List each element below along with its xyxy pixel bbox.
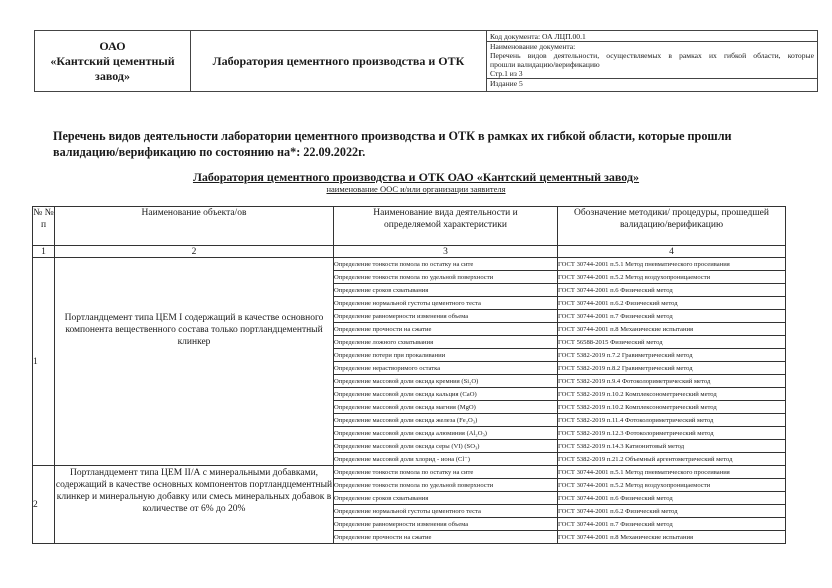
activity-name: Определение нормальной густоты цементног… [334, 505, 558, 518]
activity-name: Определение тонкости помола по удельной … [334, 271, 558, 284]
page-number: Стр.1 из 3 [487, 69, 817, 79]
method-designation: ГОСТ 5382-2019 п.14.3 Катионитовый метод [558, 440, 786, 453]
organization-name: ОАО «Кантский цементный завод» [35, 31, 191, 91]
activity-name: Определение равномерности изменения объе… [334, 518, 558, 531]
method-designation: ГОСТ 30744-2001 п.5.1 Метод пневматическ… [558, 258, 786, 271]
header-activity: Наименование вида деятельности и определ… [334, 207, 558, 246]
document-name-line-1: Перечень видов деятельности, осуществляе… [487, 51, 817, 60]
laboratory-title: Лаборатория цементного производства и ОТ… [0, 170, 832, 185]
activity-name: Определение ложного схватывания [334, 336, 558, 349]
method-designation: ГОСТ 30744-2001 п.5.1 Метод пневматическ… [558, 466, 786, 479]
title-line-2: валидацию/верификацию по состоянию на*: … [53, 144, 753, 160]
object-name: Портландцемент типа ЦЕМ II/А с минеральн… [55, 466, 334, 544]
org-line-3: завод» [95, 69, 130, 84]
activity-name: Определение массовой доли оксида серы (V… [334, 440, 558, 453]
table-header-row: № № п Наименование объекта/ов Наименован… [33, 207, 786, 246]
method-designation: ГОСТ 30744-2001 п.8 Механические испытан… [558, 323, 786, 336]
activity-name: Определение прочности на сжатие [334, 323, 558, 336]
method-designation: ГОСТ 5382-2019 п.12.3 Фотоколориметричес… [558, 427, 786, 440]
activity-name: Определение массовой доли хлорид - иона … [334, 453, 558, 466]
object-number: 1 [33, 258, 55, 466]
method-designation: ГОСТ 30744-2001 п.6 Физический метод [558, 492, 786, 505]
method-designation: ГОСТ 5382-2019 п.9.4 Фотоколориметрическ… [558, 375, 786, 388]
activity-name: Определение тонкости помола по остатку н… [334, 466, 558, 479]
document-title: Перечень видов деятельности лаборатории … [53, 128, 753, 160]
method-designation: ГОСТ 30744-2001 п.5.2 Метод воздухопрони… [558, 479, 786, 492]
table-row: 1Портландцемент типа ЦЕМ I содержащий в … [33, 258, 786, 271]
activity-name: Определение тонкости помола по остатку н… [334, 258, 558, 271]
method-designation: ГОСТ 30744-2001 п.7 Физический метод [558, 518, 786, 531]
col-number: 4 [558, 246, 786, 258]
document-header: ОАО «Кантский цементный завод» Лаборатор… [34, 30, 818, 92]
method-designation: ГОСТ 30744-2001 п.6.2 Физический метод [558, 505, 786, 518]
method-designation: ГОСТ 5382-2019 п.21.2 Объемный аргентоме… [558, 453, 786, 466]
title-line-1: Перечень видов деятельности лаборатории … [53, 128, 753, 144]
col-number: 2 [55, 246, 334, 258]
activity-name: Определение сроков схватывания [334, 492, 558, 505]
document-code: Код документа: ОА ЛЦП.00.1 [487, 31, 817, 42]
col-number: 3 [334, 246, 558, 258]
object-name: Портландцемент типа ЦЕМ I содержащий в к… [55, 258, 334, 466]
activity-name: Определение массовой доли оксида кремния… [334, 375, 558, 388]
method-designation: ГОСТ 5382-2019 п.10.2 Комплексонометриче… [558, 388, 786, 401]
column-number-row: 1 2 3 4 [33, 246, 786, 258]
table-body: 1Портландцемент типа ЦЕМ I содержащий в … [33, 258, 786, 544]
edition: Издание 5 [487, 79, 817, 88]
method-designation: ГОСТ 30744-2001 п.8 Механические испытан… [558, 531, 786, 544]
method-designation: ГОСТ 5382-2019 п.7.2 Гравиметрический ме… [558, 349, 786, 362]
org-line-1: ОАО [99, 39, 125, 54]
activities-table: № № п Наименование объекта/ов Наименован… [32, 206, 786, 544]
method-designation: ГОСТ 5382-2019 п.10.2 Комплексонометриче… [558, 401, 786, 414]
laboratory-subtitle: наименование ООС и/или организации заяви… [0, 184, 832, 194]
activity-name: Определение равномерности изменения объе… [334, 310, 558, 323]
table-row: 2Портландцемент типа ЦЕМ II/А с минераль… [33, 466, 786, 479]
document-name-label: Наименование документа: [487, 42, 817, 51]
activity-name: Определение потери при прокаливании [334, 349, 558, 362]
activity-name: Определение сроков схватывания [334, 284, 558, 297]
document-name-line-2: прошли валидацию/верификацию [487, 60, 817, 69]
header-object: Наименование объекта/ов [55, 207, 334, 246]
document-meta: Код документа: ОА ЛЦП.00.1 Наименование … [487, 31, 817, 91]
activity-name: Определение массовой доли оксида кальция… [334, 388, 558, 401]
activity-name: Определение нормальной густоты цементног… [334, 297, 558, 310]
method-designation: ГОСТ 30744-2001 п.6 Физический метод [558, 284, 786, 297]
method-designation: ГОСТ 30744-2001 п.5.2 Метод воздухопрони… [558, 271, 786, 284]
method-designation: ГОСТ 56588-2015 Физический метод [558, 336, 786, 349]
activity-name: Определение массовой доли оксида железа … [334, 414, 558, 427]
org-line-2: «Кантский цементный [50, 54, 174, 69]
object-number: 2 [33, 466, 55, 544]
activity-name: Определение нерастворимого остатка [334, 362, 558, 375]
activity-name: Определение тонкости помола по удельной … [334, 479, 558, 492]
col-number: 1 [33, 246, 55, 258]
method-designation: ГОСТ 30744-2001 п.7 Физический метод [558, 310, 786, 323]
header-method: Обозначение методики/ процедуры, прошедш… [558, 207, 786, 246]
method-designation: ГОСТ 5382-2019 п.8.2 Гравиметрический ме… [558, 362, 786, 375]
activity-name: Определение прочности на сжатие [334, 531, 558, 544]
activity-name: Определение массовой доли оксида алюмини… [334, 427, 558, 440]
method-designation: ГОСТ 30744-2001 п.6.2 Физический метод [558, 297, 786, 310]
activity-name: Определение массовой доли оксида магния … [334, 401, 558, 414]
header-num: № № п [33, 207, 55, 246]
laboratory-name: Лаборатория цементного производства и ОТ… [191, 31, 487, 91]
method-designation: ГОСТ 5382-2019 п.11.4 Фотоколориметричес… [558, 414, 786, 427]
